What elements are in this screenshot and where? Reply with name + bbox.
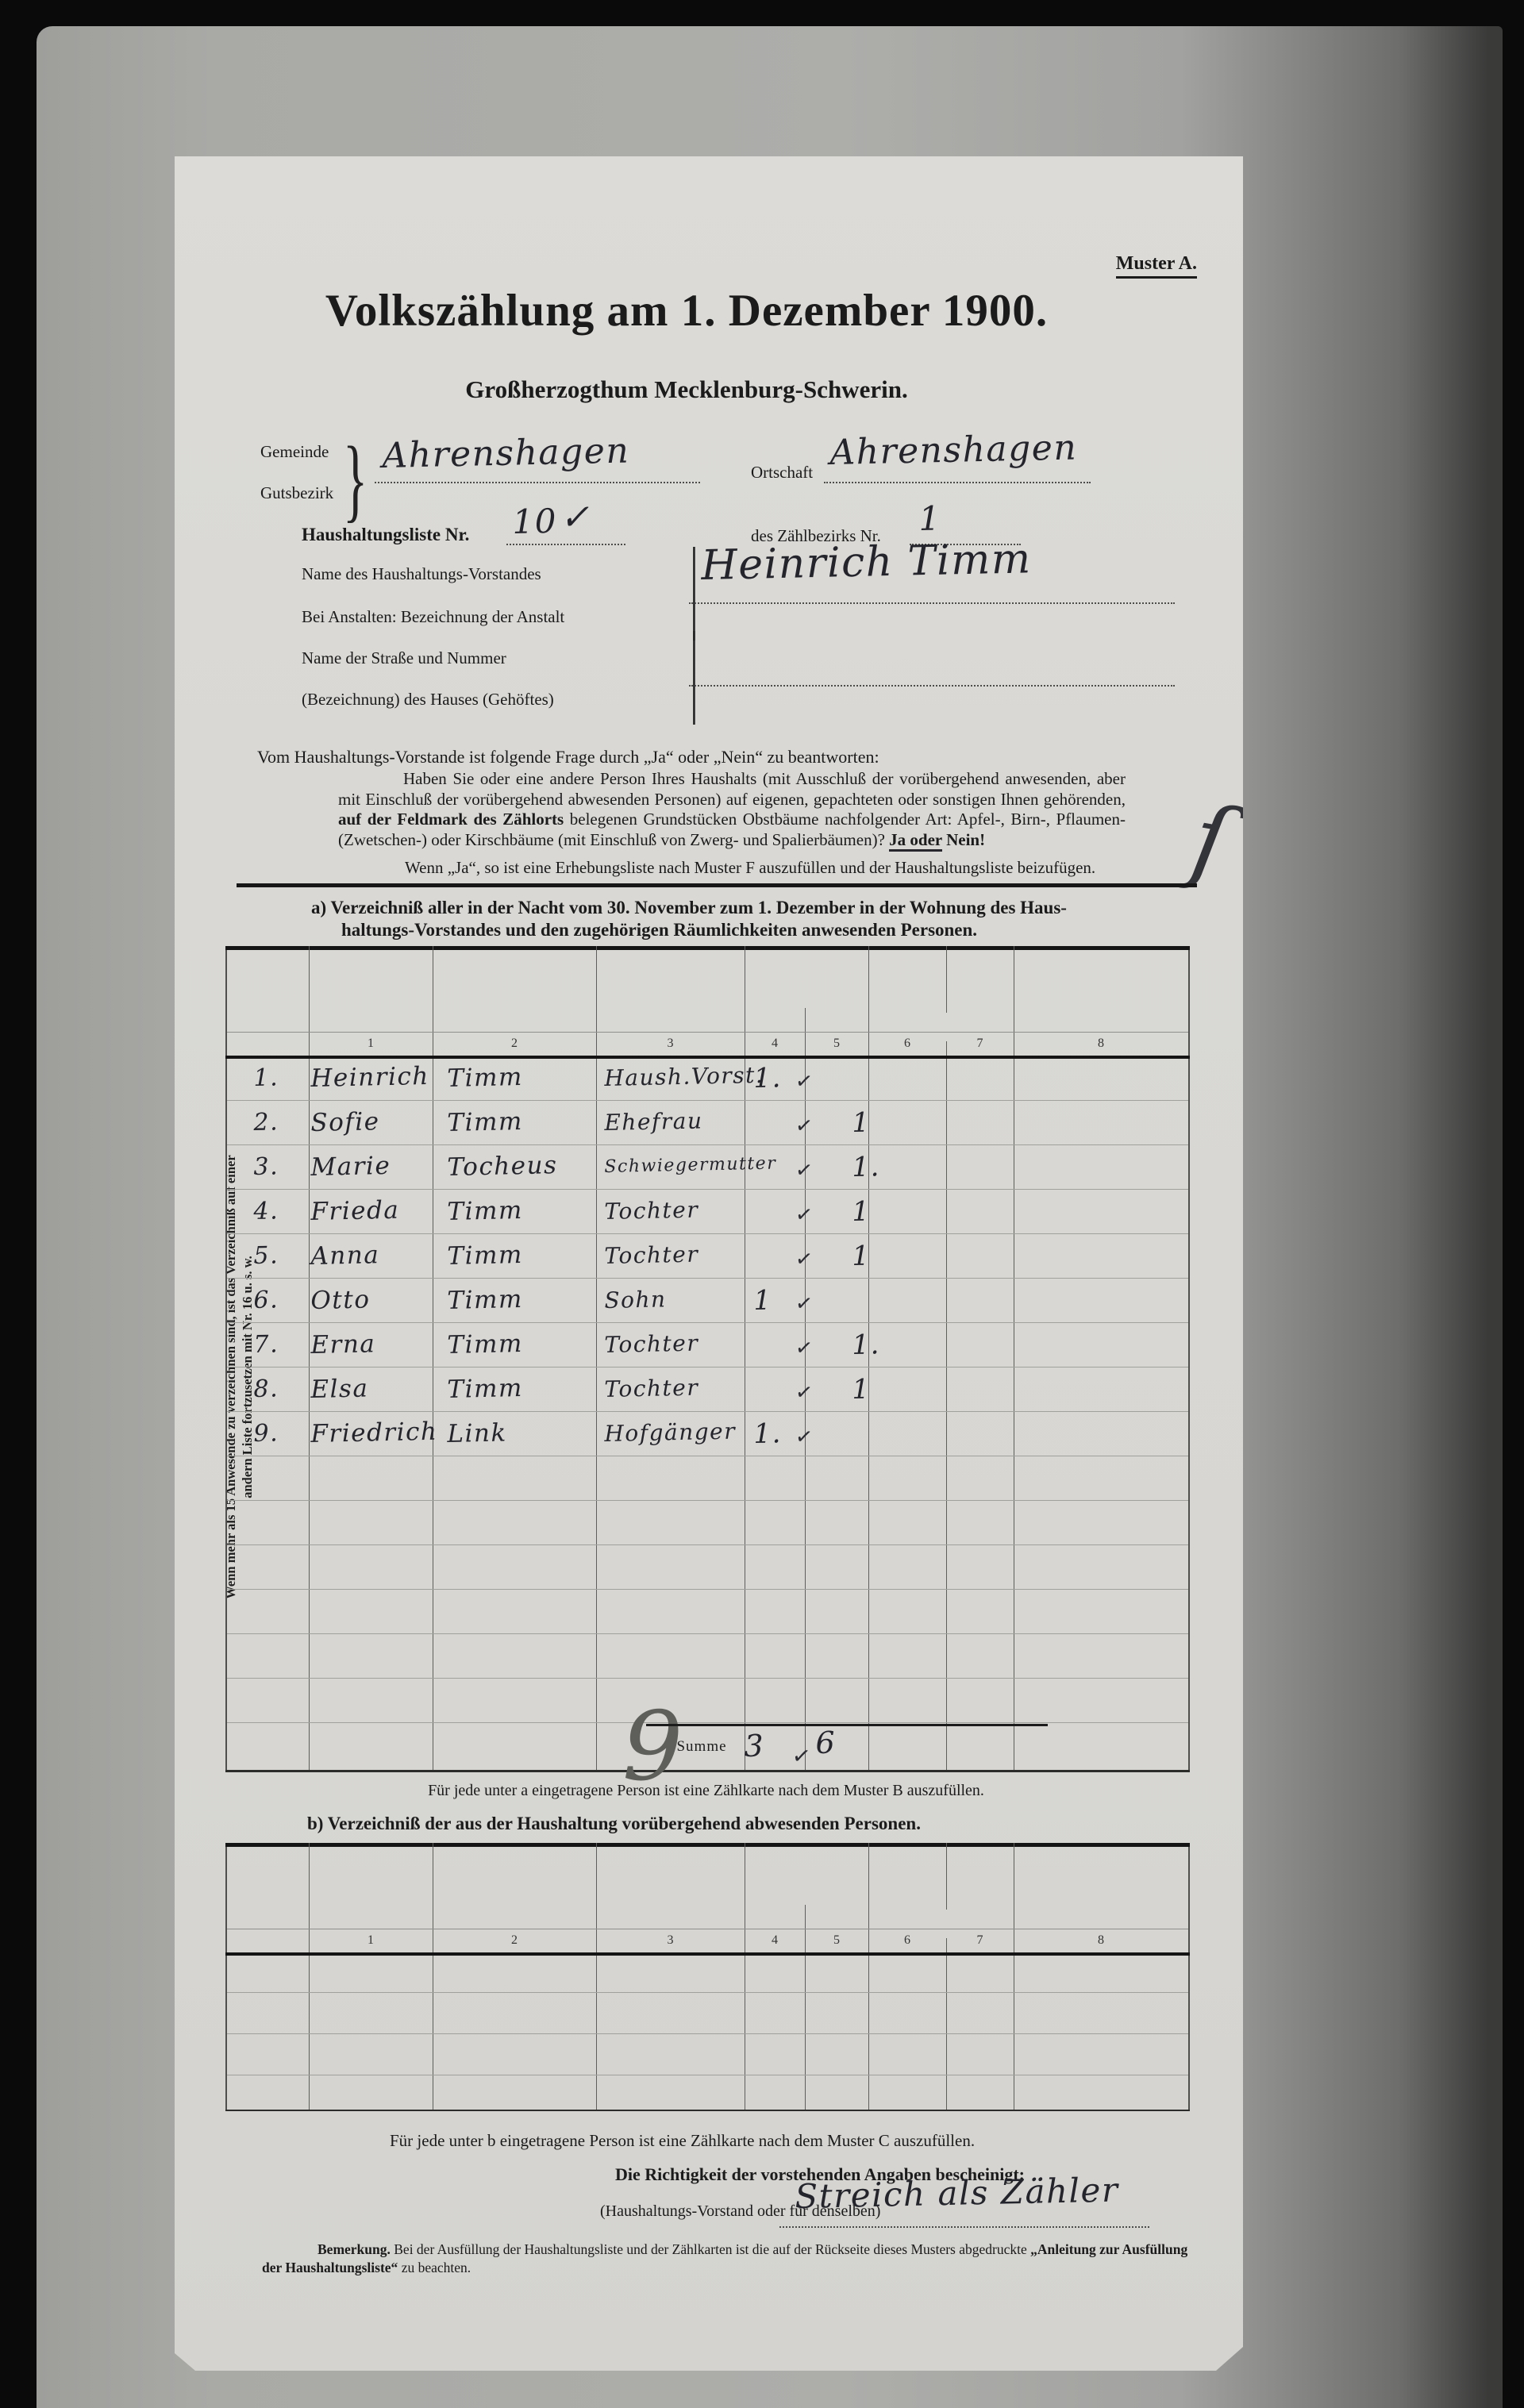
person-vorname: Frieda: [310, 1190, 438, 1233]
table-anwesende: 123456781.HeinrichTimmHaush.Vorst.1.✓2.S…: [225, 946, 1190, 1771]
question-body: Haben Sie oder eine andere Person Ihres …: [338, 769, 1126, 850]
question-body-bold: auf der Feldmark des Zählorts: [338, 810, 564, 829]
table-bottom-border: [225, 1770, 1190, 1772]
row-line: [227, 1544, 1188, 1545]
column-line: [309, 1843, 310, 2111]
person-vorname: Friedrich: [310, 1412, 438, 1456]
column-line: [745, 1843, 745, 2111]
vorstand-label-1: Name des Haushaltungs-Vorstandes: [302, 564, 541, 584]
person-tick: ✓: [794, 1247, 814, 1273]
haushaltungsliste-tick: ✓: [560, 497, 591, 538]
section-a-heading-2: haltungs-Vorstandes und den zugehörigen …: [341, 920, 977, 941]
scanned-census-sheet: Muster A. Volkszählung am 1. Dezember 19…: [0, 0, 1524, 2408]
haushaltungsliste-label: Haushaltungsliste Nr.: [302, 525, 469, 545]
section-b-heading-tail: Personen.: [840, 1814, 921, 1833]
row-line: [227, 1589, 1188, 1590]
column-line: [309, 946, 310, 1771]
gemeinde-value: Ahrenshagen: [382, 430, 630, 476]
question-closing: Wenn „Ja“, so ist eine Erhebungsliste na…: [405, 858, 1095, 878]
column-line: [596, 1843, 597, 2111]
person-nr: 9.: [253, 1414, 302, 1456]
table-bottom-border: [225, 2110, 1190, 2111]
column-line: [946, 1041, 947, 1771]
header-underline: [227, 1032, 1188, 1033]
person-nr: 2.: [253, 1102, 302, 1144]
column-number: 1: [359, 1037, 383, 1051]
person-familienname: Tocheus: [447, 1144, 598, 1189]
gemeinde-label: Gemeinde: [260, 442, 329, 462]
person-familienname: Timm: [447, 1278, 598, 1322]
handwritten-answer-flourish: ſ: [1184, 783, 1238, 898]
column-number: 6: [895, 1933, 919, 1948]
section-a-heading-2-plain: haltungs-Vorstandes und den zugehörigen …: [341, 920, 802, 940]
brace-gemeinde: }: [343, 433, 368, 526]
person-weiblich: 1.: [852, 1147, 900, 1189]
person-tick: ✓: [794, 1069, 814, 1095]
vorstand-value: Heinrich Timm: [701, 535, 1032, 590]
gutsbezirk-label: Gutsbezirk: [260, 483, 333, 503]
section-b-heading-plain: b) Verzeichniß der aus der Haushaltung v…: [307, 1814, 745, 1833]
column-line: [433, 1843, 433, 2111]
column-number: 3: [659, 1933, 683, 1948]
census-form-page: Muster A. Volkszählung am 1. Dezember 19…: [175, 156, 1243, 2371]
person-stellung: Ehefrau: [604, 1100, 752, 1144]
person-stellung: Tochter: [604, 1189, 752, 1233]
section-b-heading-bold: abwesenden: [745, 1814, 840, 1833]
column-number: 2: [502, 1037, 526, 1051]
section-b-heading: b) Verzeichniß der aus der Haushaltung v…: [307, 1814, 921, 1834]
person-weiblich: 1: [852, 1102, 900, 1144]
person-stellung: Hofgänger: [604, 1411, 752, 1456]
zaehlbezirk-value: 1: [918, 498, 941, 538]
person-vorname: Elsa: [310, 1367, 438, 1411]
row-line: [227, 1992, 1188, 1993]
row-line: [227, 2075, 1188, 2075]
person-vorname: Erna: [310, 1323, 438, 1367]
person-vorname: Marie: [310, 1145, 438, 1189]
person-weiblich: 1: [852, 1236, 900, 1278]
person-tick: ✓: [794, 1425, 814, 1451]
footnote: Bemerkung. Bei der Ausfüllung der Hausha…: [262, 2241, 1199, 2277]
ortschaft-value: Ahrenshagen: [829, 427, 1078, 473]
column-number: 1: [359, 1933, 383, 1948]
signature-value: Streich als Zähler: [795, 2170, 1119, 2216]
footnote-label: Bemerkung.: [317, 2241, 391, 2257]
column-number: 6: [895, 1037, 919, 1051]
person-nr: 3.: [253, 1147, 302, 1189]
table-top-border: [225, 946, 1190, 950]
column-number: 8: [1089, 1037, 1113, 1051]
column-number: 3: [659, 1037, 683, 1051]
summe-maennlich: 3: [744, 1728, 792, 1764]
section-b-caption: Für jede unter b eingetragene Person ist…: [390, 2131, 975, 2151]
vorstand-label-2: Bei Anstalten: Bezeichnung der Anstalt: [302, 607, 564, 627]
summe-tick: ✓: [791, 1742, 813, 1771]
person-tick: ✓: [794, 1202, 814, 1229]
row-line: [227, 1678, 1188, 1679]
person-vorname: Sofie: [310, 1101, 438, 1144]
person-vorname: Heinrich: [310, 1056, 438, 1100]
person-nr: 8.: [253, 1369, 302, 1411]
ortschaft-label: Ortschaft: [751, 463, 813, 483]
section-a-heading-2-bold: anwesenden Personen.: [802, 920, 977, 940]
person-nr: 5.: [253, 1236, 302, 1278]
person-stellung: Tochter: [604, 1322, 752, 1367]
person-tick: ✓: [794, 1336, 814, 1362]
answer-prompt-underlined: Ja oder: [889, 830, 942, 852]
row-line: [227, 1722, 1188, 1723]
column-number: 7: [968, 1037, 992, 1051]
table-top-border: [225, 1843, 1190, 1847]
person-nr: 6.: [253, 1280, 302, 1322]
header-underline: [227, 1929, 1188, 1929]
person-stellung: Schwiegermutter: [604, 1144, 752, 1189]
person-maennlich: 1.: [753, 1414, 794, 1456]
section-divider-rule: [237, 883, 1197, 887]
column-number: 2: [502, 1933, 526, 1948]
column-line: [868, 1843, 869, 2111]
person-stellung: Tochter: [604, 1233, 752, 1278]
answer-prompt-rest: Nein!: [942, 830, 985, 849]
column-number: 5: [825, 1037, 849, 1051]
person-familienname: Timm: [447, 1322, 598, 1367]
column-line: [946, 1938, 947, 2111]
person-stellung: Tochter: [604, 1367, 752, 1411]
section-a-heading-1: a) Verzeichniß aller in der Nacht vom 30…: [311, 898, 1067, 918]
person-weiblich: 1: [852, 1191, 900, 1233]
person-nr: 1.: [253, 1058, 302, 1100]
muster-label: Muster A.: [1116, 253, 1197, 279]
person-weiblich: 1.: [852, 1325, 900, 1367]
strasse-line: [689, 656, 1175, 687]
person-maennlich: 1: [753, 1280, 794, 1322]
column-line: [946, 1843, 947, 1910]
header-bottom-rule: [225, 1952, 1190, 1956]
column-line: [805, 1905, 806, 2111]
column-number: 5: [825, 1933, 849, 1948]
person-stellung: Haush.Vorst.: [604, 1056, 752, 1100]
table-abwesende: 12345678: [225, 1843, 1190, 2111]
haushaltungsliste-value: 10: [512, 502, 557, 541]
strasse-label-2: (Bezeichnung) des Hauses (Gehöftes): [302, 690, 554, 710]
footnote-text-1: Bei der Ausfüllung der Haushaltungsliste…: [391, 2241, 1030, 2257]
column-line: [1014, 1843, 1014, 2111]
person-nr: 7.: [253, 1325, 302, 1367]
person-familienname: Timm: [447, 1367, 598, 1411]
person-familienname: Timm: [447, 1100, 598, 1144]
column-number: 7: [968, 1933, 992, 1948]
column-line: [946, 946, 947, 1013]
person-weiblich: 1: [852, 1369, 900, 1411]
column-number: 8: [1089, 1933, 1113, 1948]
column-number: 4: [763, 1933, 787, 1948]
person-tick: ✓: [794, 1114, 814, 1140]
summe-label: Summe: [662, 1738, 741, 1756]
row-line: [227, 2033, 1188, 2034]
person-tick: ✓: [794, 1291, 814, 1317]
column-line: [1014, 946, 1014, 1771]
question-intro: Vom Haushaltungs-Vorstande ist folgende …: [257, 747, 879, 767]
person-familienname: Link: [447, 1411, 598, 1456]
page-title: Volkszählung am 1. Dezember 1900.: [175, 285, 1199, 337]
row-line: [227, 1500, 1188, 1501]
row-line: [227, 1633, 1188, 1634]
person-vorname: Anna: [310, 1234, 438, 1278]
footnote-text-2: zu beachten.: [398, 2260, 471, 2275]
row-line: [227, 1456, 1188, 1456]
person-nr: 4.: [253, 1191, 302, 1233]
person-familienname: Timm: [447, 1233, 598, 1278]
person-stellung: Sohn: [604, 1278, 752, 1322]
person-vorname: Otto: [310, 1279, 438, 1322]
section-a-caption: Für jede unter a eingetragene Person ist…: [225, 1782, 1187, 1800]
person-tick: ✓: [794, 1158, 814, 1184]
person-tick: ✓: [794, 1380, 814, 1406]
page-subtitle: Großherzogthum Mecklenburg-Schwerin.: [175, 375, 1199, 404]
person-maennlich: 1.: [753, 1058, 794, 1100]
person-familienname: Timm: [447, 1189, 598, 1233]
column-number: 4: [763, 1037, 787, 1051]
summe-weiblich: 6: [815, 1725, 864, 1760]
question-body-plain-1: Haben Sie oder eine andere Person Ihres …: [338, 769, 1126, 809]
strasse-label-1: Name der Straße und Nummer: [302, 648, 506, 668]
person-familienname: Timm: [447, 1056, 598, 1100]
